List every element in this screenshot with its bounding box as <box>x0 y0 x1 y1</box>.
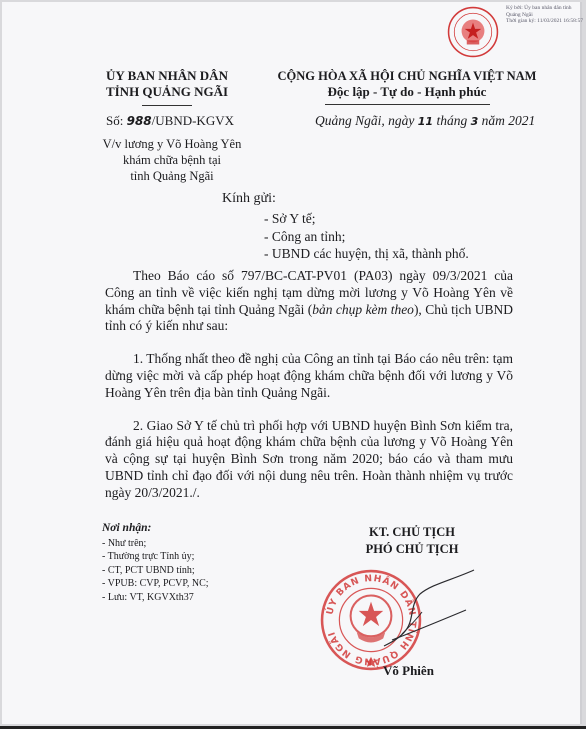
greeting: Kính gửi: <box>222 191 276 207</box>
subject-line: tỉnh Quảng Ngãi <box>97 168 247 184</box>
recipient-item: - Sở Y tế; <box>264 210 469 228</box>
point-1: 1. Thống nhất theo đề nghị của Công an t… <box>105 351 513 401</box>
nation-title: CỘNG HÒA XÃ HỘI CHỦ NGHĨA VIỆT NAM <box>262 68 552 84</box>
document-body: Theo Báo cáo số 797/BC-CAT-PV01 (PA03) n… <box>105 268 513 518</box>
motto-divider <box>325 104 490 105</box>
cc-item: - CT, PCT UBND tỉnh; <box>102 564 209 578</box>
issuer-line2: TỈNH QUẢNG NGÃI <box>82 84 252 100</box>
attachment-note: bản chụp kèm theo <box>312 302 414 317</box>
doc-number-value: 988 <box>127 114 152 128</box>
cc-item: - Thường trực Tỉnh ủy; <box>102 550 209 564</box>
sign-time-label: Thời gian ký: 11/03/2021 16:58:57 <box>506 18 586 25</box>
signed-by-label: Ký bởi: Ủy ban nhân dân tỉnh Quảng Ngãi <box>506 5 586 18</box>
month-label: tháng <box>433 113 471 128</box>
document-page: Ký bởi: Ủy ban nhân dân tỉnh Quảng Ngãi … <box>2 2 582 724</box>
national-motto: Độc lập - Tự do - Hạnh phúc <box>262 84 552 100</box>
recipient-item: - Công an tỉnh; <box>264 228 469 246</box>
cc-title: Nơi nhận: <box>102 522 209 536</box>
intro-paragraph: Theo Báo cáo số 797/BC-CAT-PV01 (PA03) n… <box>105 268 513 335</box>
subject-line: khám chữa bệnh tại <box>97 152 247 168</box>
issuer-line1: ỦY BAN NHÂN DÂN <box>82 68 252 84</box>
place-label: Quảng Ngãi, ngày <box>315 113 418 128</box>
cc-list: Nơi nhận: - Như trên; - Thường trực Tỉnh… <box>102 522 209 604</box>
doc-number-suffix: /UBND-KGVX <box>152 113 234 128</box>
issuer-header: ỦY BAN NHÂN DÂN TỈNH QUẢNG NGÃI <box>82 68 252 106</box>
recipient-list: - Sở Y tế; - Công an tỉnh; - UBND các hu… <box>264 210 469 263</box>
signer-name: Võ Phiên <box>383 663 434 679</box>
document-subject: V/v lương y Võ Hoàng Yên khám chữa bệnh … <box>97 136 247 184</box>
subject-line: V/v lương y Võ Hoàng Yên <box>97 136 247 152</box>
date-day: 11 <box>418 115 433 128</box>
doc-number-prefix: Số: <box>106 113 127 128</box>
cc-item: - Như trên; <box>102 537 209 551</box>
place-date: Quảng Ngãi, ngày 11 tháng 3 năm 2021 <box>315 113 535 129</box>
point-2: 2. Giao Sở Y tế chủ trì phối hợp với UBN… <box>105 418 513 502</box>
issuer-divider <box>142 105 192 106</box>
year-label: năm 2021 <box>478 113 535 128</box>
cc-item: - VPUB: CVP, PCVP, NC; <box>102 577 209 591</box>
digital-signature-info: Ký bởi: Ủy ban nhân dân tỉnh Quảng Ngãi … <box>506 5 586 25</box>
national-header: CỘNG HÒA XÃ HỘI CHỦ NGHĨA VIỆT NAM Độc l… <box>262 68 552 105</box>
handwritten-signature <box>362 542 482 652</box>
document-number: Số: 988/UBND-KGVX <box>106 113 234 129</box>
recipient-item: - UBND các huyện, thị xã, thành phố. <box>264 245 469 263</box>
signer-authority: KT. CHỦ TỊCH <box>332 524 492 541</box>
red-official-seal-icon <box>447 6 499 58</box>
cc-item: - Lưu: VT, KGVXth37 <box>102 591 209 605</box>
